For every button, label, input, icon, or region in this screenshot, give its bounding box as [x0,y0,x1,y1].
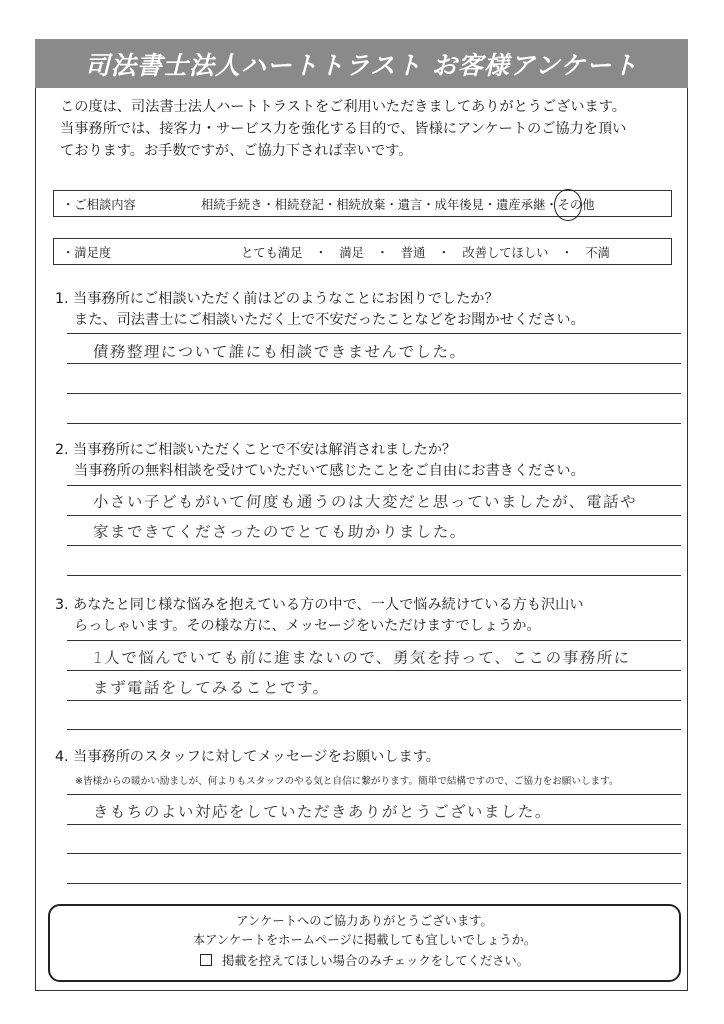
answer-line [67,853,681,854]
answer-line [67,575,681,576]
intro-line: ております。お手数ですが、ご協力下されば幸いです。 [60,140,680,162]
answer-text[interactable]: 家まできてくださったのでとても助かりました。 [92,520,467,542]
publish-optout-label: 掲載を控えてほしい場合のみチェックをしてください。 [222,954,529,968]
consultation-options: 相続手続き・相続登記・相続放棄・遺言・成年後見・遺産承継・その他 [201,195,595,213]
answer-line [67,700,681,701]
answer-text[interactable]: きもちのよい対応をしていただきありがとうございました。 [92,800,552,822]
survey-header: 司法書士法人ハートトラスト お客様アンケート [35,39,688,88]
answer-line [67,423,681,424]
answer-line [67,729,681,730]
question-text: 1. 当事務所にご相談いただく前はどのようなことにお困りでしたか？ [55,289,685,310]
question-text: 当事務所の無料相談を受けていただいて感じたことをご自由にお書きください。 [55,461,685,482]
closing-box: アンケートへのご協力ありがとうございます。 本アンケートをホームページに掲載して… [48,904,681,982]
answer-line [67,883,681,884]
intro-line: 当事務所では、接客力・サービス力を強化する目的で、皆様にアンケートのご協力を頂い [60,118,680,140]
survey-title: 司法書士法人ハートトラスト お客様アンケート [85,46,638,82]
answer-line [67,640,681,641]
question-4: 4. 当事務所のスタッフに対してメッセージをお願いします。 [55,747,685,768]
consultation-selected-option[interactable]: その他 [558,195,595,213]
answer-line [67,670,681,671]
satisfaction-field: ・満足度 とても満足 ・ 満足 ・ 普通 ・ 改善してほしい ・ 不満 [53,238,672,265]
answer-line [67,485,681,486]
intro-text: この度は、司法書士法人ハートトラストをご利用いただきましてありがとうございます。… [60,96,680,162]
intro-line: この度は、司法書士法人ハートトラストをご利用いただきましてありがとうございます。 [60,96,680,118]
publish-optout-checkbox[interactable] [200,954,212,966]
answer-line [67,515,681,516]
question-1: 1. 当事務所にご相談いただく前はどのようなことにお困りでしたか？ また、司法書… [55,289,685,331]
publish-optout: 掲載を控えてほしい場合のみチェックをしてください。 [50,952,679,971]
question-4-note: ※皆様からの暖かい励ましが、何よりもスタッフのやる気と自信に繋がります。簡単で結… [75,773,685,787]
answer-line [67,545,681,546]
answer-text[interactable]: 1人で悩んでいても前に進まないので、勇気を持って、ここの事務所に [92,646,631,668]
answer-text[interactable]: まず電話をしてみることです。 [92,676,330,698]
consultation-options-text[interactable]: 相続手続き・相続登記・相続放棄・遺言・成年後見・遺産承継・ [201,198,558,212]
consultation-label: ・ご相談内容 [62,195,136,213]
answer-line [67,363,681,364]
answer-line [67,393,681,394]
question-text: 3. あなたと同じ様な悩みを抱えている方の中で、一人で悩み続けている方も沢山い [55,595,685,616]
answer-line [67,794,681,795]
closing-thanks: アンケートへのご協力ありがとうございます。 [50,912,679,931]
answer-line [67,333,681,334]
consultation-field: ・ご相談内容 相続手続き・相続登記・相続放棄・遺言・成年後見・遺産承継・その他 [53,190,672,217]
answer-line [67,824,681,825]
question-3: 3. あなたと同じ様な悩みを抱えている方の中で、一人で悩み続けている方も沢山い … [55,595,685,637]
question-text: また、司法書士にご相談いただく上で不安だったことなどをお聞かせください。 [55,310,685,331]
satisfaction-options[interactable]: とても満足 ・ 満足 ・ 普通 ・ 改善してほしい ・ 不満 [241,243,610,261]
question-text: 4. 当事務所のスタッフに対してメッセージをお願いします。 [55,747,685,768]
closing-question: 本アンケートをホームページに掲載しても宜しいでしょうか。 [50,931,679,950]
question-2: 2. 当事務所にご相談いただくことで不安は解消されましたか？ 当事務所の無料相談… [55,440,685,482]
satisfaction-label: ・満足度 [62,243,111,261]
question-text: らっしゃいます。その様な方に、メッセージをいただけますでしょうか。 [55,616,685,637]
answer-text[interactable]: 小さい子どもがいて何度も通うのは大変だと思っていましたが、電話や [92,490,637,512]
question-text: 2. 当事務所にご相談いただくことで不安は解消されましたか？ [55,440,685,461]
answer-text[interactable]: 債務整理について誰にも相談できませんでした。 [92,340,467,362]
